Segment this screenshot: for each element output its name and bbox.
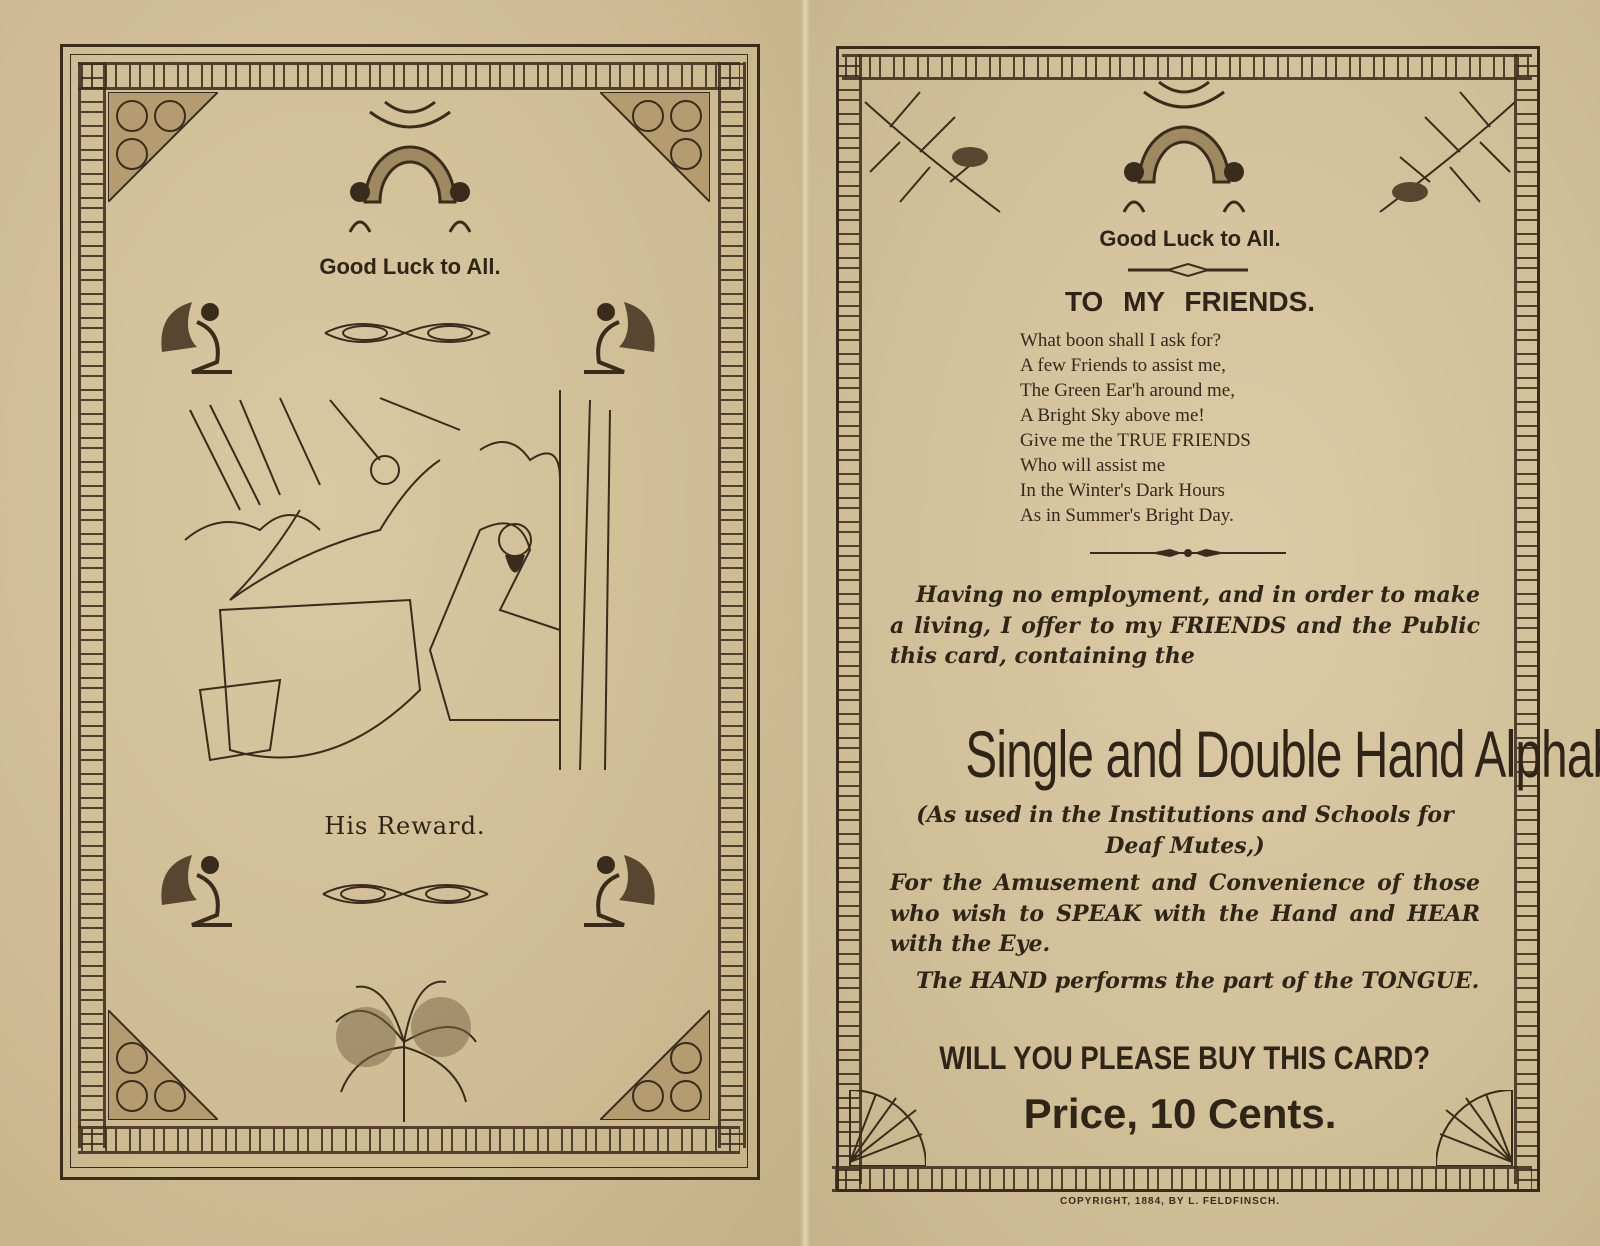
fan-corner-icon: [1436, 1090, 1516, 1166]
rosette-corner-icon: [108, 1010, 218, 1120]
poem-line: The Green Ear'h around me,: [1020, 378, 1251, 403]
card-fold: [800, 0, 810, 1246]
kneeling-angel-icon: [578, 845, 664, 931]
intro-paragraph: Having no employment, and in order to ma…: [890, 580, 1480, 672]
left-greek-key-left: [78, 62, 106, 1148]
kneeling-angel-icon: [578, 292, 664, 378]
poem-heading: TO MY FRIENDS.: [1000, 286, 1380, 318]
poem-line: A few Friends to assist me,: [1020, 353, 1251, 378]
scroll-flourish-icon: [318, 876, 493, 912]
left-greek-key-bottom: [78, 1126, 740, 1154]
branch-bird-icon: [1370, 72, 1520, 222]
poem-line: A Bright Sky above me!: [1020, 403, 1251, 428]
illustration-caption: His Reward.: [250, 812, 560, 840]
kneeling-angel-icon: [152, 292, 238, 378]
palm-plant-icon: [326, 972, 486, 1127]
copyright-line: COPYRIGHT, 1884, BY L. FELDFINSCH.: [1000, 1196, 1340, 1207]
left-greek-key-top: [78, 62, 740, 90]
left-greek-key-right: [718, 62, 746, 1148]
card-title: Single and Double Hand Alphabets,: [965, 714, 1404, 794]
right-greek-key-left: [836, 54, 862, 1184]
purpose-paragraph: For the Amusement and Convenience of tho…: [890, 868, 1480, 960]
fan-corner-icon: [846, 1090, 926, 1166]
rule-ornament-icon: [1090, 545, 1286, 561]
poem-line: What boon shall I ask for?: [1020, 328, 1251, 353]
poem-line: In the Winter's Dark Hours: [1020, 478, 1251, 503]
right-greek-key-right: [1514, 54, 1540, 1184]
appeal-text: WILL YOU PLEASE BUY THIS CARD?: [939, 1040, 1421, 1077]
poem-line: Who will assist me: [1020, 453, 1251, 478]
price-text: Price, 10 Cents.: [960, 1090, 1400, 1138]
subtitle: (As used in the Institutions and Schools…: [890, 800, 1480, 862]
horseshoe-ribbon-icon: [340, 92, 480, 242]
tongue-paragraph: The HAND performs the part of the TONGUE…: [890, 966, 1480, 997]
right-greek-key-bottom: [832, 1166, 1532, 1192]
branch-bird-icon: [860, 72, 1010, 222]
poem-line: As in Summer's Bright Day.: [1020, 503, 1251, 528]
horseshoe-ribbon-icon: [1114, 72, 1254, 222]
rosette-corner-icon: [108, 92, 218, 202]
poem-line: Give me the TRUE FRIENDS: [1020, 428, 1251, 453]
left-motto: Good Luck to All.: [260, 254, 560, 280]
rosette-corner-icon: [600, 92, 710, 202]
angel-crowning-seated-man-illustration: [180, 390, 640, 810]
right-motto: Good Luck to All.: [1040, 226, 1340, 252]
rosette-corner-icon: [600, 1010, 710, 1120]
rule-ornament-icon: [1128, 262, 1248, 278]
scroll-flourish-icon: [320, 315, 495, 351]
kneeling-angel-icon: [152, 845, 238, 931]
poem-block: What boon shall I ask for? A few Friends…: [1020, 328, 1251, 528]
